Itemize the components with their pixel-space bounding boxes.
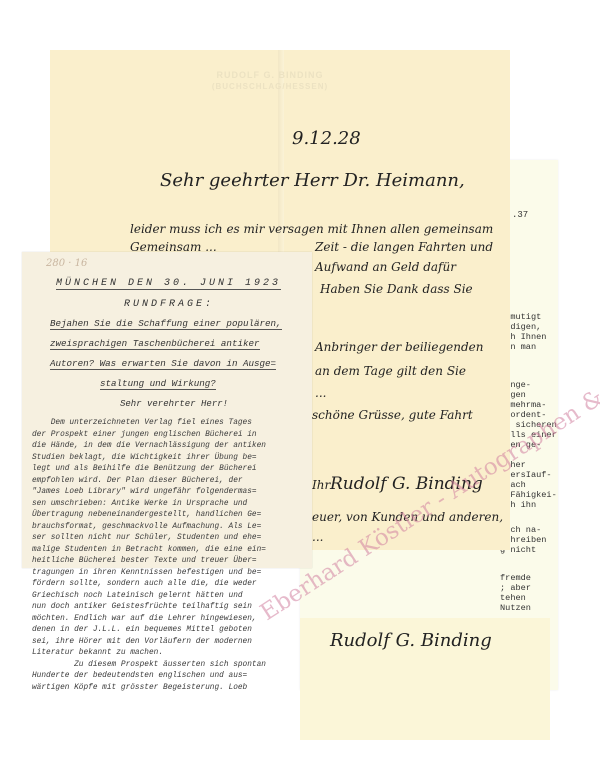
typed-block-5: fremde ; aber tehen Nutzen [500, 573, 531, 613]
letter-salutation: Sehr geehrter Herr Dr. Heimann, [160, 170, 465, 191]
letter-line: ... [312, 530, 323, 544]
archive-reference: 280 · 16 [46, 258, 87, 269]
question-line: Bejahen Sie die Schaffung einer populäre… [50, 318, 282, 330]
letter-line: Haben Sie Dank dass Sie [320, 282, 473, 296]
rundfrage-sheet: 280 · 16 MÜNCHEN DEN 30. JUNI 1923 RUNDF… [22, 252, 312, 568]
letterhead-line-2: (BUCHSCHLAG/HESSEN) [160, 81, 380, 92]
question-line: Autoren? Was erwarten Sie davon in Ausge… [50, 358, 276, 370]
rundfrage-salutation: Sehr verehrter Herr! [120, 399, 228, 409]
rundfrage-heading: RUNDFRAGE: [124, 299, 214, 310]
letter-line: leider muss ich es mir versagen mit Ihne… [130, 222, 493, 236]
letter-date: 9.12.28 [292, 128, 361, 149]
letter-line: ... [315, 386, 326, 400]
letter-line: Aufwand an Geld dafür [315, 260, 456, 274]
question-line: zweisprachigen Taschenbücherei antiker [50, 338, 260, 350]
letter-line: Anbringer der beiliegenden [315, 340, 483, 354]
letterhead: RUDOLF G. BINDING (BUCHSCHLAG/HESSEN) [160, 70, 380, 92]
card-signature: Rudolf G. Binding [330, 630, 492, 651]
letter-line: Zeit - die langen Fahrten und [315, 240, 493, 254]
dateline: MÜNCHEN DEN 30. JUNI 1923 [56, 278, 281, 290]
rundfrage-body: Dem unterzeichneten Verlag fiel eines Ta… [32, 418, 307, 694]
letter-line: schöne Grüsse, gute Fahrt [312, 408, 473, 422]
letter-line: an dem Tage gilt den Sie [315, 364, 466, 378]
letter-line: Ihr [312, 478, 330, 492]
signature-card: Rudolf G. Binding [300, 618, 550, 740]
question-line: staltung und Wirkung? [100, 378, 216, 390]
letterhead-line-1: RUDOLF G. BINDING [160, 70, 380, 81]
typed-letter-date: .37 [512, 210, 528, 220]
